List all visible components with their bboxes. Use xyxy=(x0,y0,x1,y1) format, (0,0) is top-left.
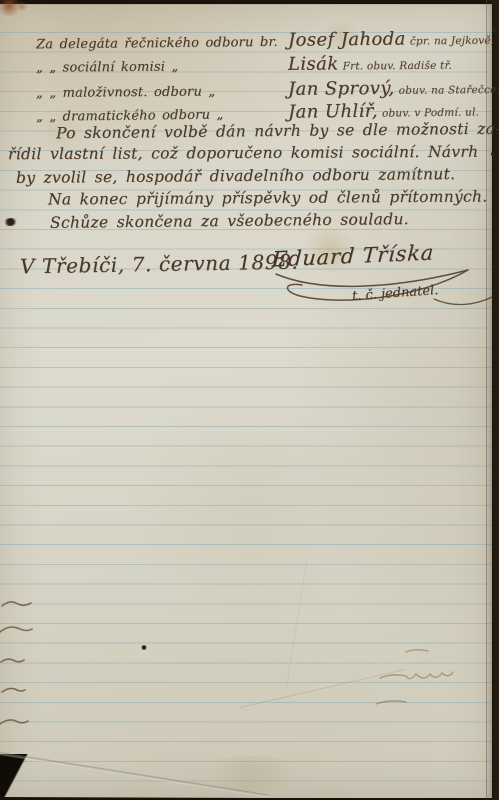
delegate-detail: čpr. na Jejkově, xyxy=(410,35,495,48)
delegate-detail: Frt. obuv. Radiše tř. xyxy=(343,60,453,73)
smudged-marks xyxy=(362,644,492,714)
delegate-row-label: „ „ sociální komisi „ xyxy=(36,59,288,76)
delegate-detail: obuv. na Stařečce, xyxy=(399,84,499,97)
delegate-name: Josef Jahoda xyxy=(288,29,406,51)
paragraph-line: by zvolil se, hospodář divadelního odbor… xyxy=(16,165,455,187)
bleed-through-marks xyxy=(0,596,36,756)
delegate-row: „ „ sociální komisi „ Lisák Frt. obuv. R… xyxy=(36,52,495,76)
delegate-name: Lisák xyxy=(288,53,339,74)
delegate-row: „ „ maloživnost. odboru „ Jan Sprový, ob… xyxy=(36,77,495,102)
top-page-edge xyxy=(0,0,499,5)
dateline: V Třebíči, 7. června 1898. xyxy=(20,250,299,279)
paragraph-line: řídil vlastní list, což doporučeno komis… xyxy=(8,143,478,163)
paragraph-line: Schůze skončena za všeobecného souladu. xyxy=(50,210,409,232)
delegate-row-label: „ „ maloživnost. odboru „ xyxy=(36,84,288,101)
delegate-name: Jan Sprový, xyxy=(288,78,395,100)
delegate-name: Jan Uhlíř, xyxy=(288,101,378,123)
manuscript-photo: Za delegáta řečnického odboru br. Josef … xyxy=(0,0,499,800)
delegate-detail: obuv. v Podmí. ul. xyxy=(382,106,479,119)
delegate-row-label: Za delegáta řečnického odboru br. xyxy=(36,35,288,53)
signature-tail-flourish xyxy=(432,294,496,310)
paragraph-line: Na konec přijímány příspěvky od členů př… xyxy=(48,187,488,208)
